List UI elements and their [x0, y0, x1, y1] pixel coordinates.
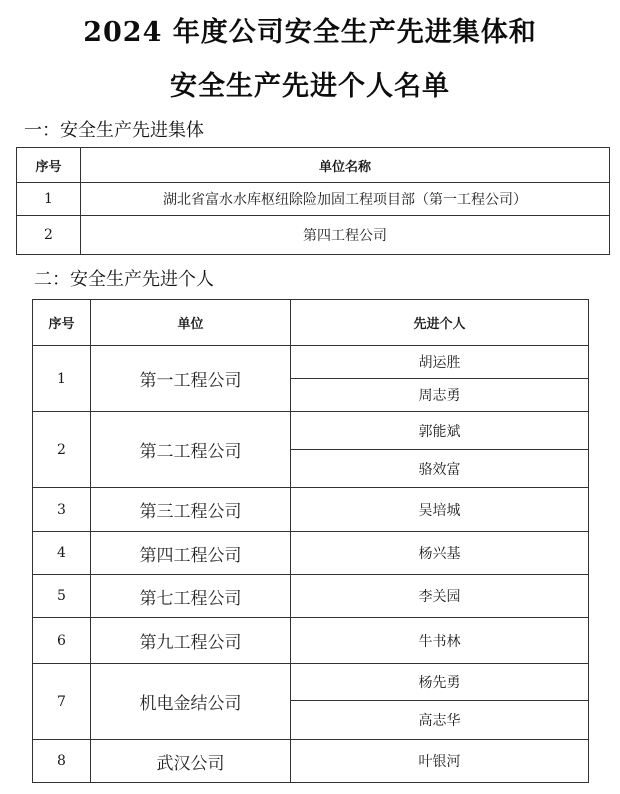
table-row: 3 第三工程公司 吴培城 [33, 488, 589, 532]
row-no: 3 [33, 488, 91, 532]
column-header-unit: 单位 [91, 300, 291, 346]
table-row: 5 第七工程公司 李关园 [33, 575, 589, 618]
row-no: 6 [33, 618, 91, 664]
row-no: 1 [33, 346, 91, 412]
row-person: 骆效富 [291, 450, 589, 488]
row-person: 叶银河 [291, 740, 589, 783]
row-no: 1 [17, 183, 81, 216]
column-header-no: 序号 [17, 148, 81, 183]
table-row: 1 第一工程公司 胡运胜 [33, 346, 589, 379]
row-unit: 第四工程公司 [91, 532, 291, 575]
row-person: 周志勇 [291, 379, 589, 412]
column-header-person: 先进个人 [291, 300, 589, 346]
row-person: 李关园 [291, 575, 589, 618]
row-no: 8 [33, 740, 91, 783]
section2-heading: 二：安全生产先进个人 [34, 265, 214, 291]
row-unit: 第二工程公司 [91, 412, 291, 488]
table-row: 8 武汉公司 叶银河 [33, 740, 589, 783]
column-header-no: 序号 [33, 300, 91, 346]
row-unit: 第三工程公司 [91, 488, 291, 532]
table-row: 4 第四工程公司 杨兴基 [33, 532, 589, 575]
row-person: 吴培城 [291, 488, 589, 532]
table-row: 7 机电金结公司 杨先勇 [33, 664, 589, 701]
row-no: 5 [33, 575, 91, 618]
row-unit: 第九工程公司 [91, 618, 291, 664]
row-unit-name: 第四工程公司 [81, 216, 610, 255]
table-header-row: 序号 单位名称 [17, 148, 610, 183]
table-row: 1 湖北省富水水库枢纽除险加固工程项目部（第一工程公司） [17, 183, 610, 216]
row-no: 7 [33, 664, 91, 740]
row-no: 4 [33, 532, 91, 575]
advanced-individuals-table: 序号 单位 先进个人 1 第一工程公司 胡运胜 周志勇 2 第二工程公司 郭能斌… [32, 299, 589, 783]
row-unit: 武汉公司 [91, 740, 291, 783]
row-unit: 第一工程公司 [91, 346, 291, 412]
document-title-line2: 安全生产先进个人名单 [0, 64, 620, 103]
row-no: 2 [17, 216, 81, 255]
row-person: 郭能斌 [291, 412, 589, 450]
table-row: 2 第四工程公司 [17, 216, 610, 255]
row-person: 高志华 [291, 701, 589, 740]
row-person: 胡运胜 [291, 346, 589, 379]
row-unit: 第七工程公司 [91, 575, 291, 618]
row-person: 杨先勇 [291, 664, 589, 701]
table-row: 6 第九工程公司 牛书林 [33, 618, 589, 664]
table-header-row: 序号 单位 先进个人 [33, 300, 589, 346]
row-unit-name: 湖北省富水水库枢纽除险加固工程项目部（第一工程公司） [81, 183, 610, 216]
table-row: 2 第二工程公司 郭能斌 [33, 412, 589, 450]
row-unit: 机电金结公司 [91, 664, 291, 740]
row-no: 2 [33, 412, 91, 488]
row-person: 牛书林 [291, 618, 589, 664]
row-person: 杨兴基 [291, 532, 589, 575]
section1-heading: 一：安全生产先进集体 [24, 116, 204, 142]
column-header-unit-name: 单位名称 [81, 148, 610, 183]
document-title-line1: 2024 年度公司安全生产先进集体和 [0, 10, 620, 49]
advanced-collectives-table: 序号 单位名称 1 湖北省富水水库枢纽除险加固工程项目部（第一工程公司） 2 第… [16, 147, 610, 255]
